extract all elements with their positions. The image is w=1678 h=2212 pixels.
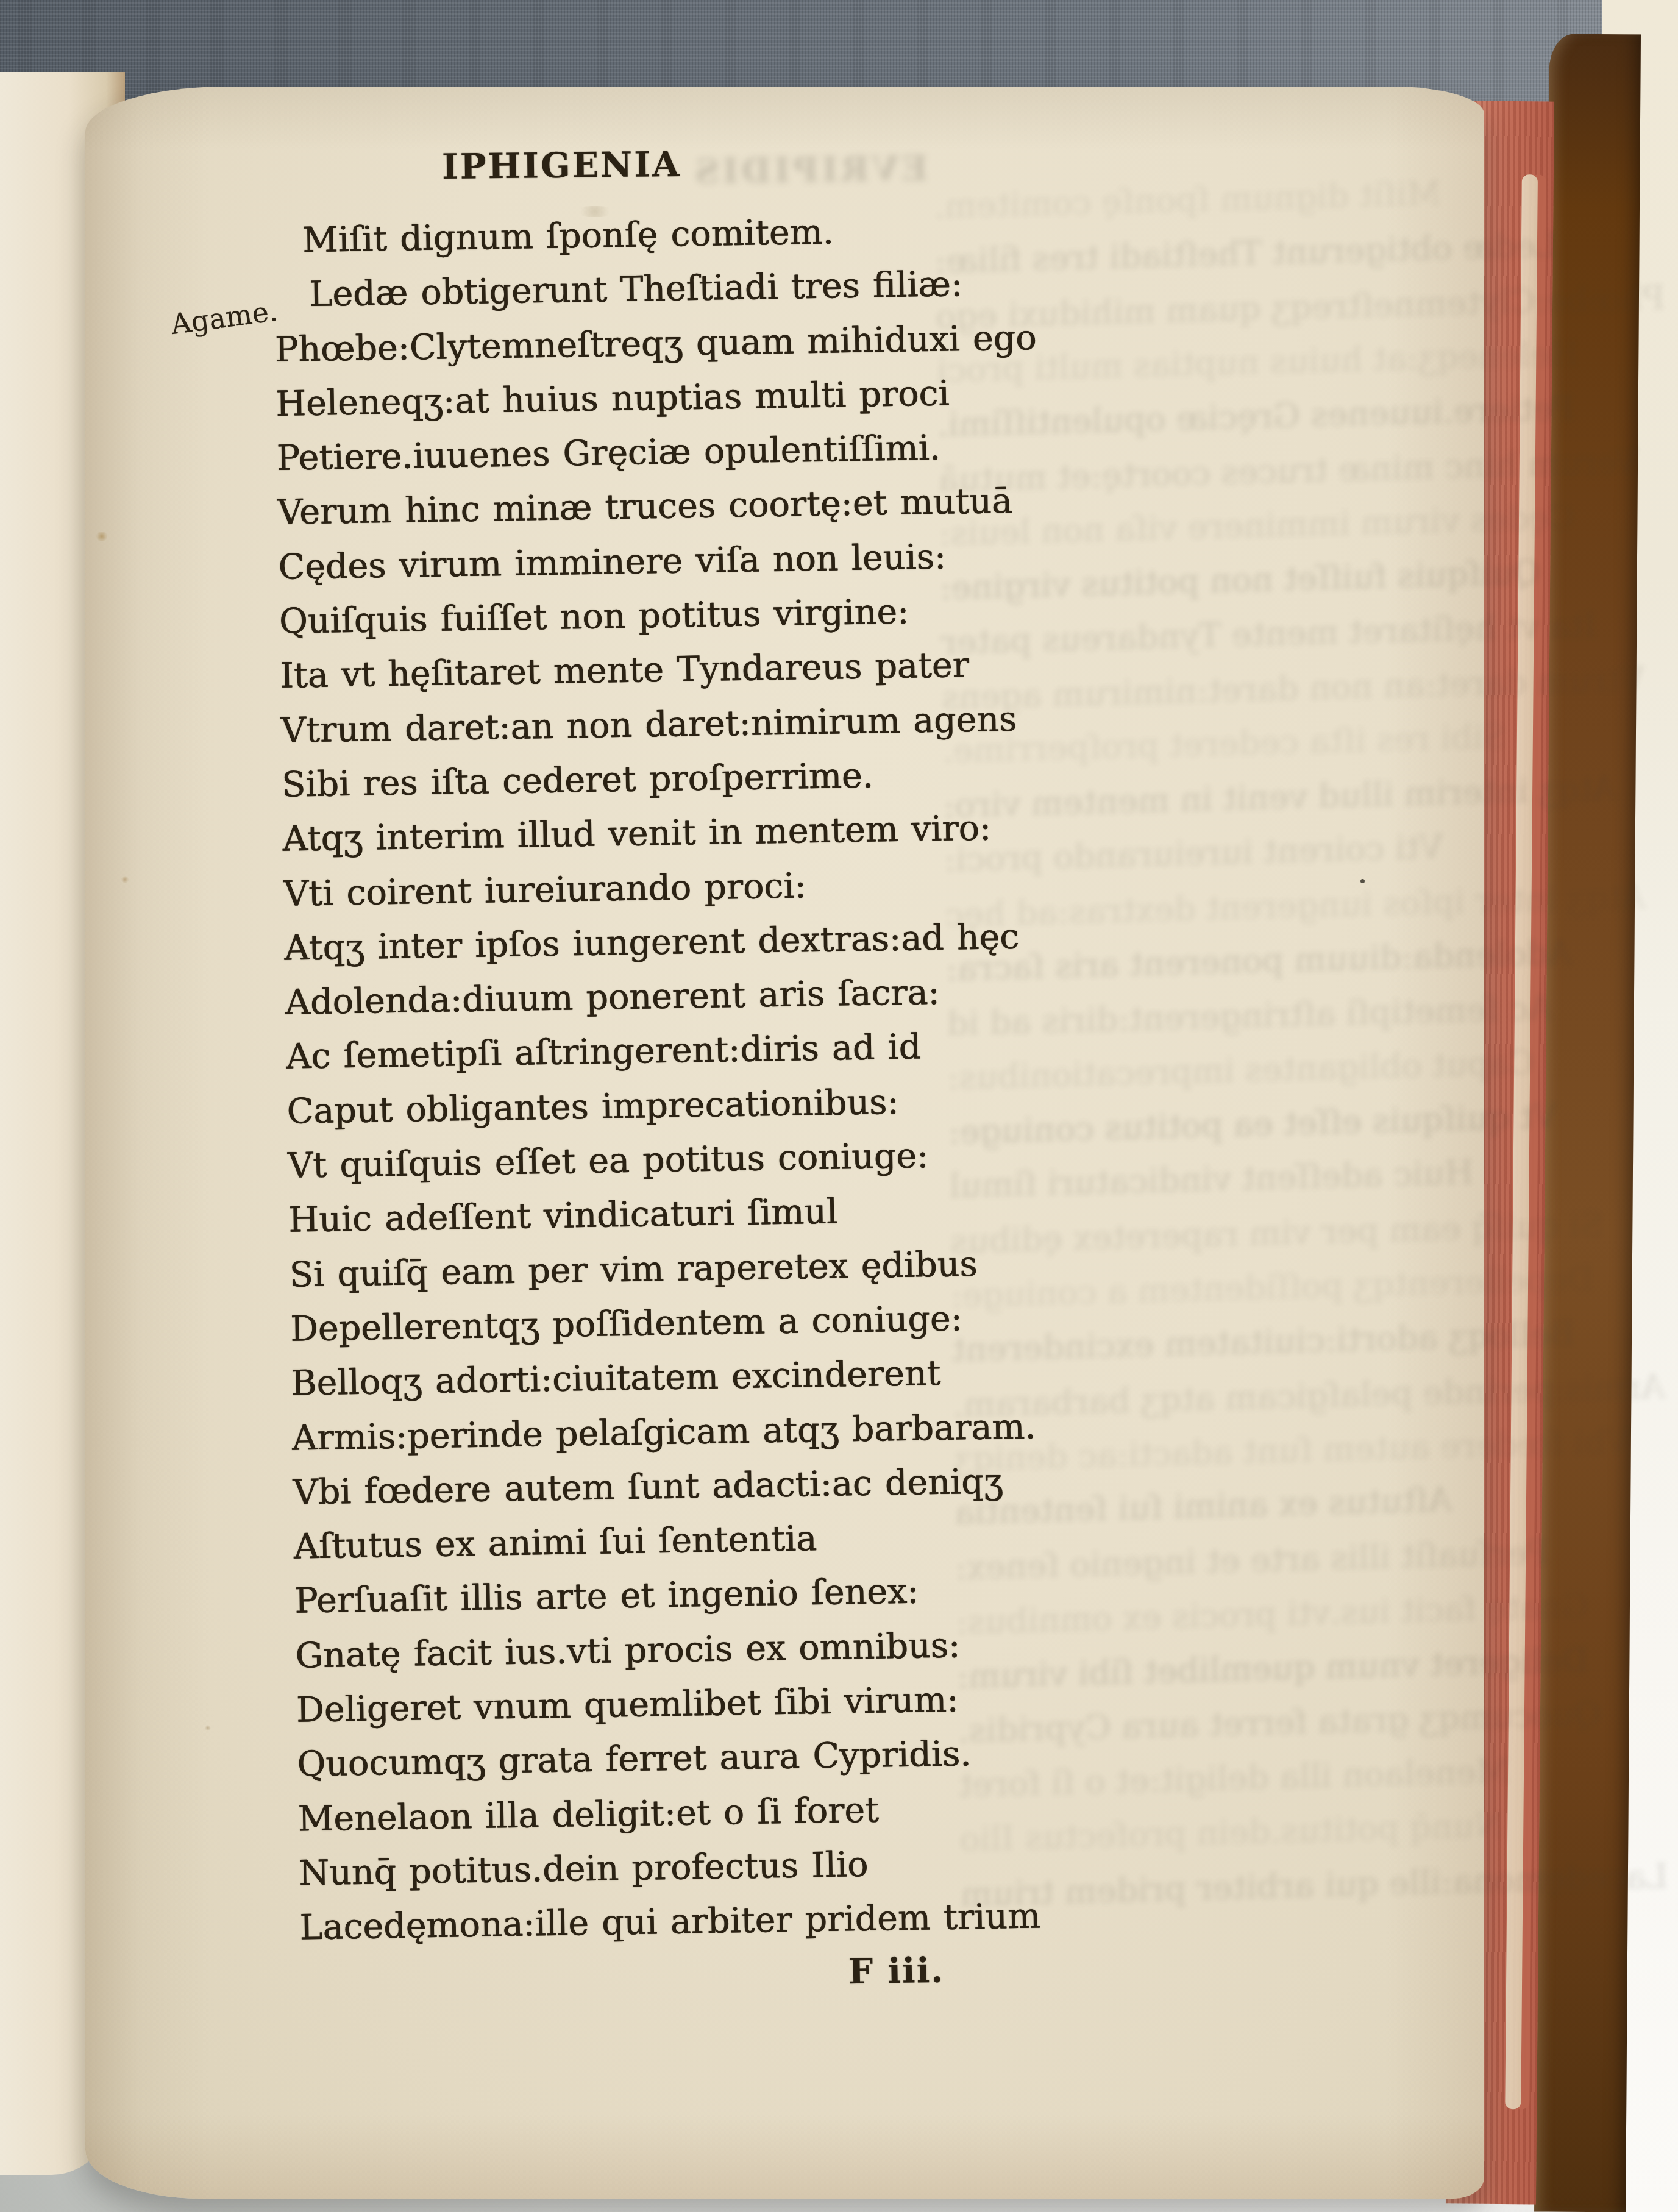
verse-lines: Miſit dignum ſponſę comitem.Miſit dignum… — [272, 197, 1336, 1955]
margin-note-agamemnon: Agame. — [169, 294, 279, 341]
foxing-spot — [95, 532, 108, 541]
ink-speck — [1360, 879, 1365, 883]
running-title: IPHIGENIA — [442, 144, 681, 187]
book-photo: IPHIGENIA EVRIPIDIS Agame. Miſit dignum … — [0, 0, 1678, 2212]
protruding-leaf-edge — [1505, 174, 1538, 2109]
foxing-spot — [205, 1725, 211, 1731]
bleed-through-running-title: EVRIPIDIS — [692, 148, 928, 191]
book-page: IPHIGENIA EVRIPIDIS Agame. Miſit dignum … — [85, 87, 1484, 2199]
quire-signature: F iii. — [848, 1950, 944, 1993]
foxing-spot — [121, 876, 129, 883]
